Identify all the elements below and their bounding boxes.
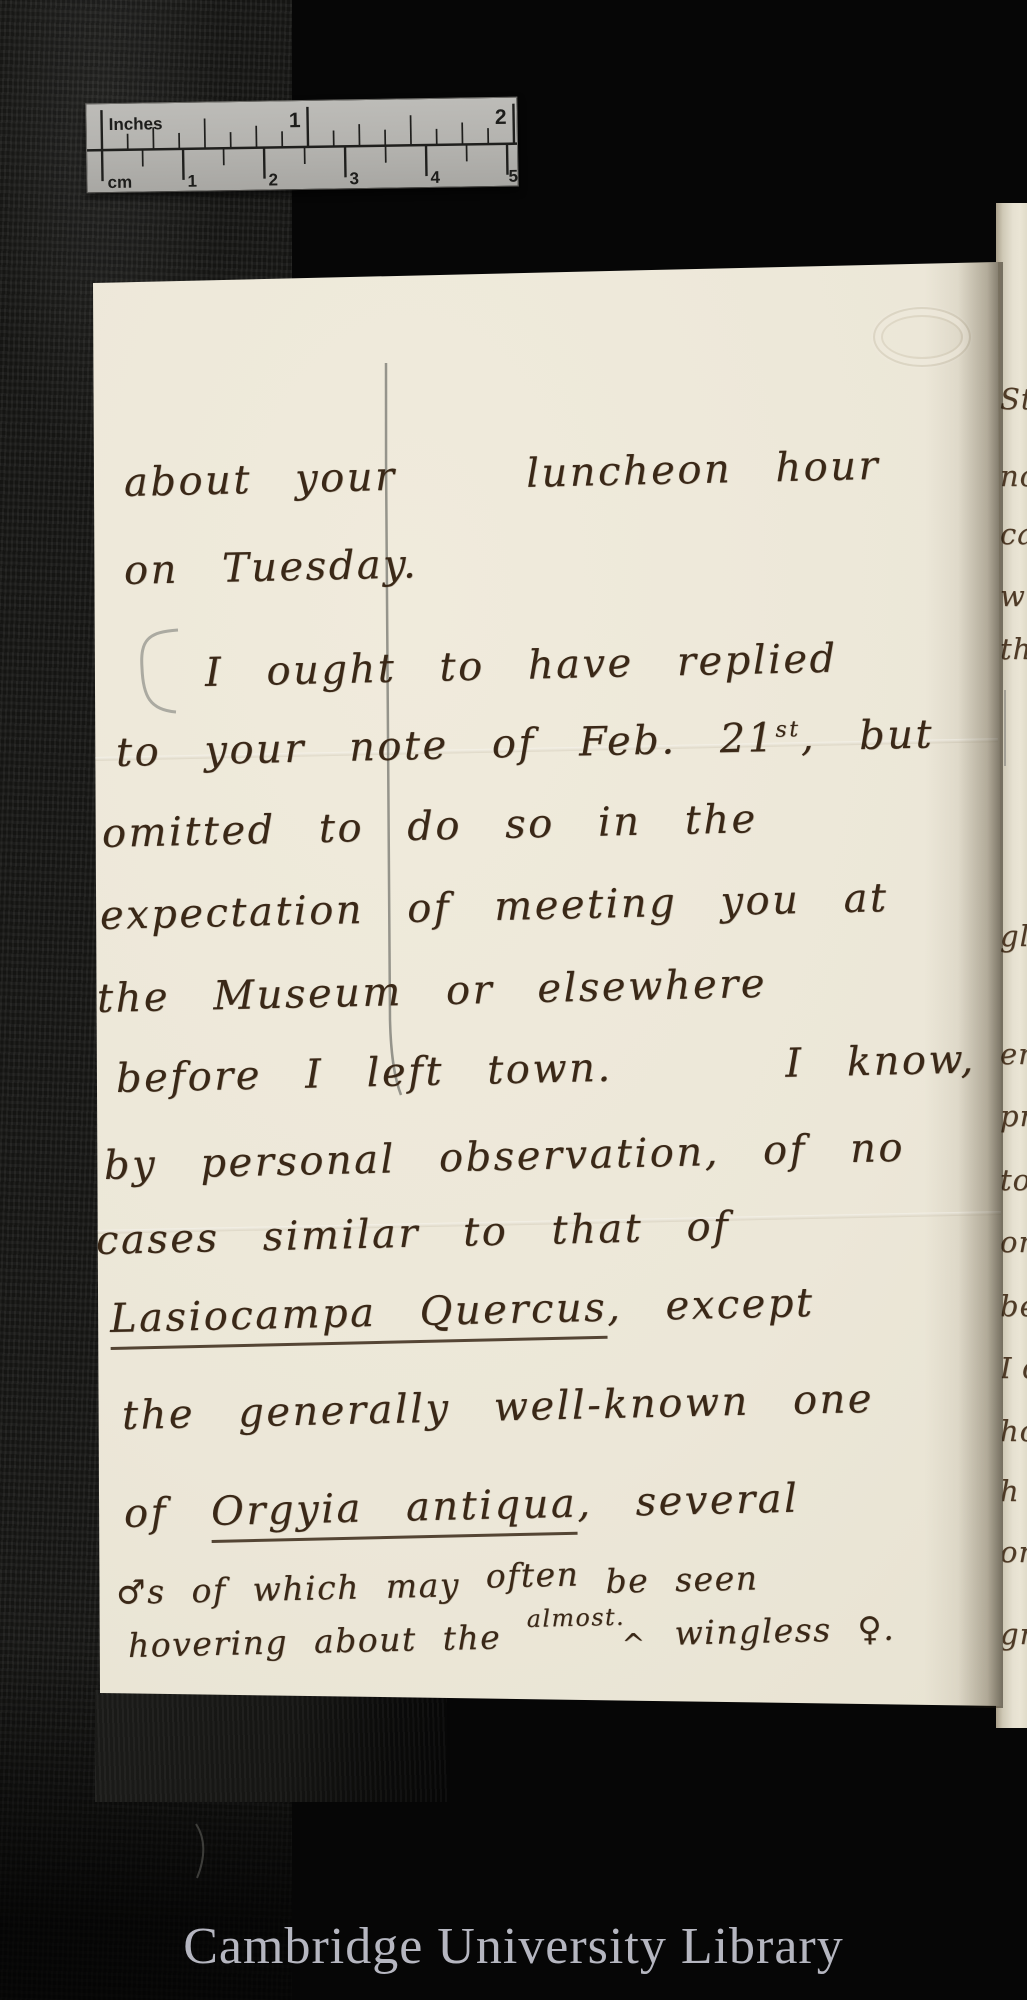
letter-line: on Tuesday. — [124, 544, 419, 591]
adjacent-page-fragment: not — [1000, 462, 1027, 491]
adjacent-page-fragment: St — [1000, 385, 1027, 414]
library-watermark: Cambridge University Library — [0, 1917, 1027, 1976]
adjacent-page-fragment: I did — [1000, 1354, 1027, 1383]
adjacent-page-fragment: the — [1000, 635, 1027, 664]
letter-text-segment: almost. — [526, 1603, 625, 1633]
sliver-pencil-mark — [1004, 690, 1006, 766]
ruler-cm-2: 2 — [268, 170, 278, 189]
letter-text-segment: , several — [577, 1476, 800, 1527]
letter-text-segment: often — [485, 1555, 580, 1596]
ruler-inches-label: Inches — [109, 114, 163, 134]
ruler-cm-5: 5 — [508, 167, 518, 186]
adjacent-page-fragment: to th — [1000, 1166, 1027, 1195]
adjacent-page-fragment: be w — [1000, 1292, 1027, 1321]
adjacent-page-fragment: gla — [1000, 922, 1027, 951]
letter-text-segment: on Tuesday. — [123, 541, 418, 594]
ruler-cm-label: cm — [107, 173, 132, 192]
ruler-cm-4: 4 — [430, 168, 440, 187]
adjacent-page-fragment: h W — [1000, 1477, 1027, 1506]
photo-stage: Inches 1 2 cm 1 2 3 4 5 Stnotcanwrithegl… — [0, 0, 1027, 2000]
adjacent-page-fragment: wri — [1000, 582, 1027, 611]
letter-text-segment: Lasiocampa Quercus — [109, 1285, 607, 1350]
adjacent-page-fragment: prev — [1000, 1102, 1027, 1131]
ruler-cm-3: 3 — [349, 169, 359, 188]
adjacent-page-fragment: on th — [1000, 1538, 1027, 1567]
letter-text-segment: be seen — [579, 1558, 759, 1601]
embossed-library-stamp — [873, 307, 971, 367]
adjacent-page-fragment: gran — [1000, 1620, 1027, 1649]
letter-text-segment: st — [775, 717, 801, 743]
letter-text-segment: , but — [800, 711, 934, 760]
adjacent-page-fragment: onc — [1000, 1228, 1027, 1257]
adjacent-page-fragment: howe — [1000, 1417, 1027, 1446]
letter-text-segment: of — [123, 1489, 211, 1537]
letter-text-segment: ^ — [621, 1628, 647, 1662]
letter-text-segment: wingless ♀. — [648, 1609, 896, 1654]
ruler-inch-2: 2 — [495, 106, 507, 129]
ruler-cm-1: 1 — [187, 172, 197, 191]
pencil-bracket — [142, 630, 178, 712]
adjacent-page-fragment: ens — [1000, 1040, 1027, 1069]
gutter-fold-shadow — [958, 262, 1003, 1708]
measuring-ruler: Inches 1 2 cm 1 2 3 4 5 — [85, 97, 518, 194]
adjacent-page-fragment: can — [1000, 520, 1027, 549]
ruler-inch-1: 1 — [289, 109, 301, 132]
fabric-below-page — [95, 1690, 447, 1802]
letter-text-segment: Orgyia antiqua — [211, 1481, 578, 1543]
letter-text-segment: , except — [607, 1280, 815, 1331]
